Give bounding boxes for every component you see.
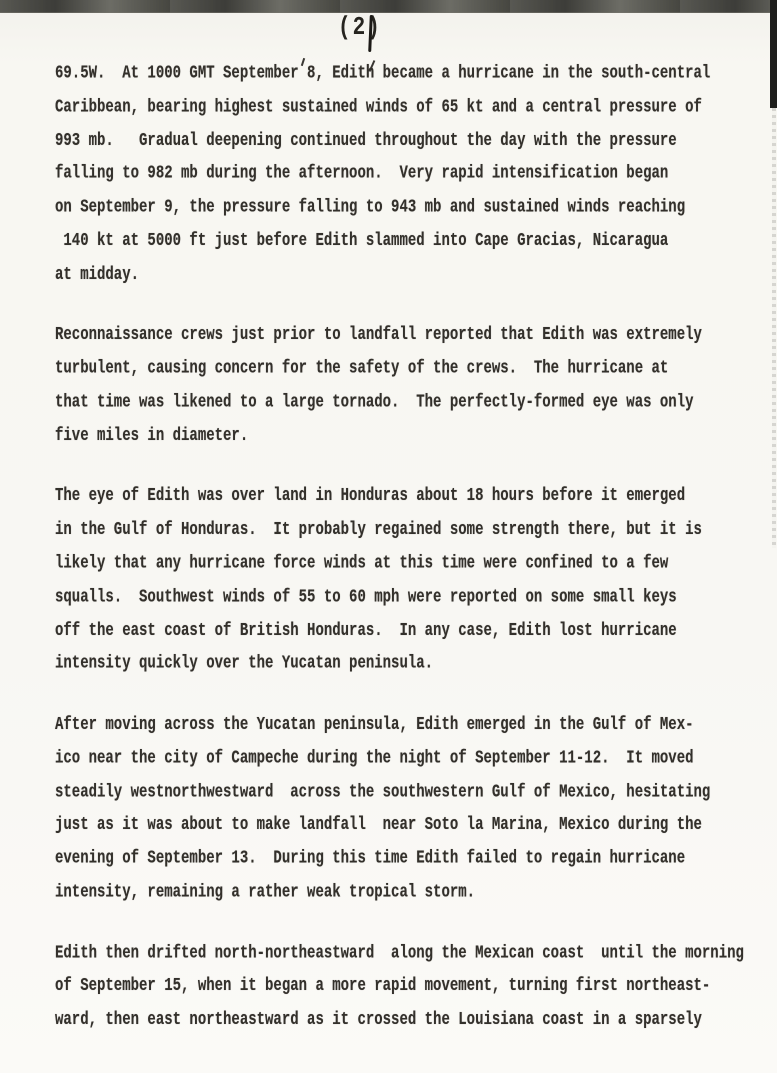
- paragraph-eye-over-honduras: The eye of Edith was over land in Hondur…: [55, 481, 770, 682]
- paragraph-gulf-of-mexico: After moving across the Yucatan peninsul…: [55, 709, 770, 910]
- paragraph-storm-formation: 69.5W. At 1000 GMT September 8, Edith be…: [55, 58, 770, 293]
- scan-artifact-top-band: [0, 0, 777, 13]
- document-page: (2) 69.5W. At 1000 GMT September 8, Edit…: [0, 0, 777, 1073]
- page-number: (2): [338, 14, 382, 43]
- scan-artifact-right-streak: [772, 108, 776, 548]
- scan-artifact-right-edge-bar: [770, 0, 777, 108]
- paragraph-mexican-coast-drift: Edith then drifted north-northeastward a…: [55, 937, 770, 1038]
- paragraph-reconnaissance: Reconnaissance crews just prior to landf…: [55, 320, 770, 454]
- document-text: 69.5W. At 1000 GMT September 8, Edith be…: [55, 58, 770, 1065]
